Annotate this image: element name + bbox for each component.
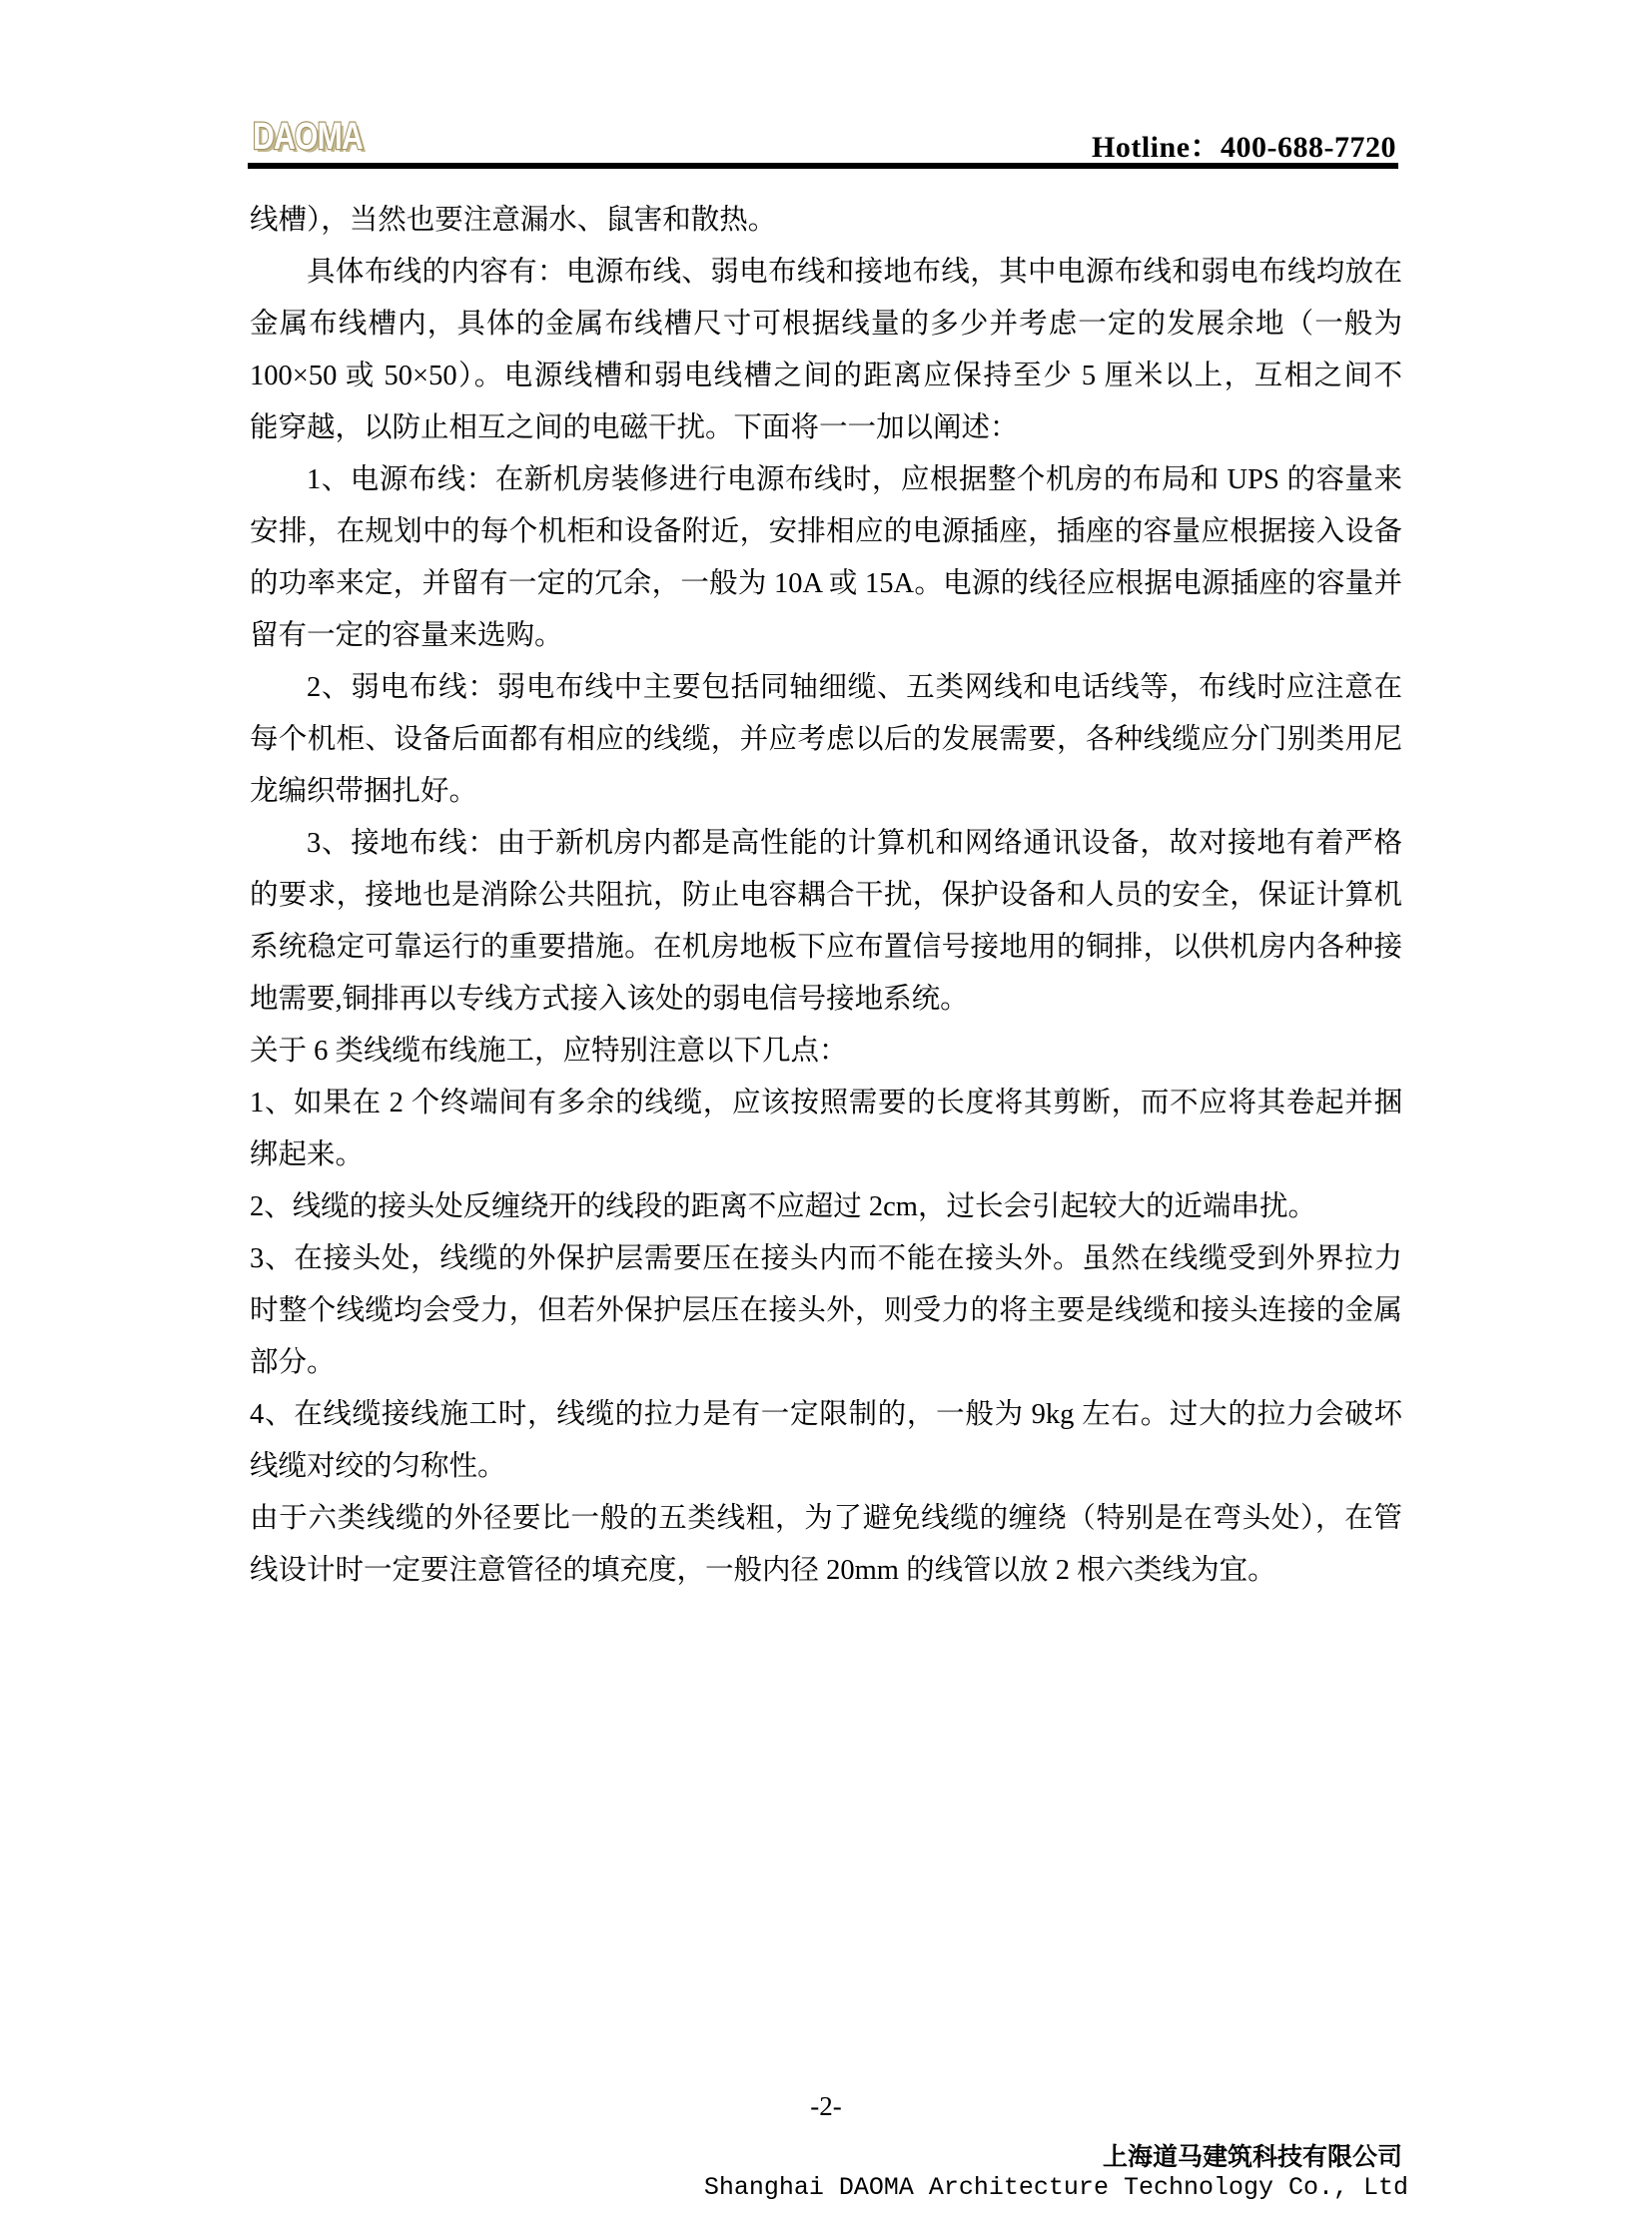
company-name-en: Shanghai DAOMA Architecture Technology C…	[704, 2173, 1408, 2202]
body-line: 1、如果在 2 个终端间有多余的线缆，应该按照需要的长度将其剪断，而不应将其卷起…	[250, 1078, 1402, 1129]
page-number: -2-	[250, 2091, 1402, 2122]
body-line: 线槽），当然也要注意漏水、鼠害和散热。	[250, 195, 1402, 247]
header-divider	[248, 163, 1398, 169]
body-line: 时整个线缆均会受力，但若外保护层压在接头外，则受力的将主要是线缆和接头连接的金属	[250, 1285, 1402, 1337]
body-line: 3、接地布线：由于新机房内都是高性能的计算机和网络通讯设备，故对接地有着严格	[250, 818, 1402, 870]
body-line: 系统稳定可靠运行的重要措施。在机房地板下应布置信号接地用的铜排，以供机房内各种接	[250, 922, 1402, 974]
body-line: 金属布线槽内，具体的金属布线槽尺寸可根据线量的多少并考虑一定的发展余地（一般为	[250, 299, 1402, 351]
body-line: 绑起来。	[250, 1129, 1402, 1181]
body-line: 3、在接头处，线缆的外保护层需要压在接头内而不能在接头外。虽然在线缆受到外界拉力	[250, 1233, 1402, 1285]
company-name-cn: 上海道马建筑科技有限公司	[1103, 2137, 1402, 2173]
body-line: 龙编织带捆扎好。	[250, 766, 1402, 818]
body-line: 线缆对绞的匀称性。	[250, 1441, 1402, 1493]
daoma-logo: DAOMA DAOMA	[248, 112, 372, 162]
daoma-logo-icon: DAOMA DAOMA	[248, 112, 372, 162]
body-line: 安排，在规划中的每个机柜和设备附近，安排相应的电源插座，插座的容量应根据接入设备	[250, 506, 1402, 558]
hotline-label: Hotline：400-688-7720	[1092, 122, 1396, 166]
body-line: 4、在线缆接线施工时，线缆的拉力是有一定限制的，一般为 9kg 左右。过大的拉力…	[250, 1389, 1402, 1441]
body-line: 2、弱电布线：弱电布线中主要包括同轴细缆、五类网线和电话线等，布线时应注意在	[250, 662, 1402, 714]
body-line: 能穿越，以防止相互之间的电磁干扰。下面将一一加以阐述：	[250, 402, 1402, 454]
body-line: 的要求，接地也是消除公共阻抗，防止电容耦合干扰，保护设备和人员的安全，保证计算机	[250, 870, 1402, 922]
body-line: 2、线缆的接头处反缠绕开的线段的距离不应超过 2cm，过长会引起较大的近端串扰。	[250, 1181, 1402, 1233]
body-line: 由于六类线缆的外径要比一般的五类线粗，为了避免线缆的缠绕（特别是在弯头处），在管	[250, 1493, 1402, 1545]
body-line: 线设计时一定要注意管径的填充度，一般内径 20mm 的线管以放 2 根六类线为宜…	[250, 1545, 1402, 1597]
body-line: 关于 6 类线缆布线施工，应特别注意以下几点：	[250, 1026, 1402, 1078]
body-line: 部分。	[250, 1337, 1402, 1389]
document-page: DAOMA DAOMA Hotline：400-688-7720 线槽），当然也…	[0, 0, 1652, 2236]
document-body: 线槽），当然也要注意漏水、鼠害和散热。具体布线的内容有：电源布线、弱电布线和接地…	[250, 195, 1402, 1597]
body-line: 留有一定的容量来选购。	[250, 610, 1402, 662]
body-line: 每个机柜、设备后面都有相应的线缆，并应考虑以后的发展需要，各种线缆应分门别类用尼	[250, 714, 1402, 766]
body-line: 100×50 或 50×50）。电源线槽和弱电线槽之间的距离应保持至少 5 厘米…	[250, 351, 1402, 402]
logo-text: DAOMA	[253, 116, 363, 158]
body-line: 1、电源布线：在新机房装修进行电源布线时，应根据整个机房的布局和 UPS 的容量…	[250, 454, 1402, 506]
body-line: 具体布线的内容有：电源布线、弱电布线和接地布线，其中电源布线和弱电布线均放在	[250, 247, 1402, 299]
body-line: 地需要,铜排再以专线方式接入该处的弱电信号接地系统。	[250, 974, 1402, 1026]
body-line: 的功率来定，并留有一定的冗余，一般为 10A 或 15A。电源的线径应根据电源插…	[250, 558, 1402, 610]
